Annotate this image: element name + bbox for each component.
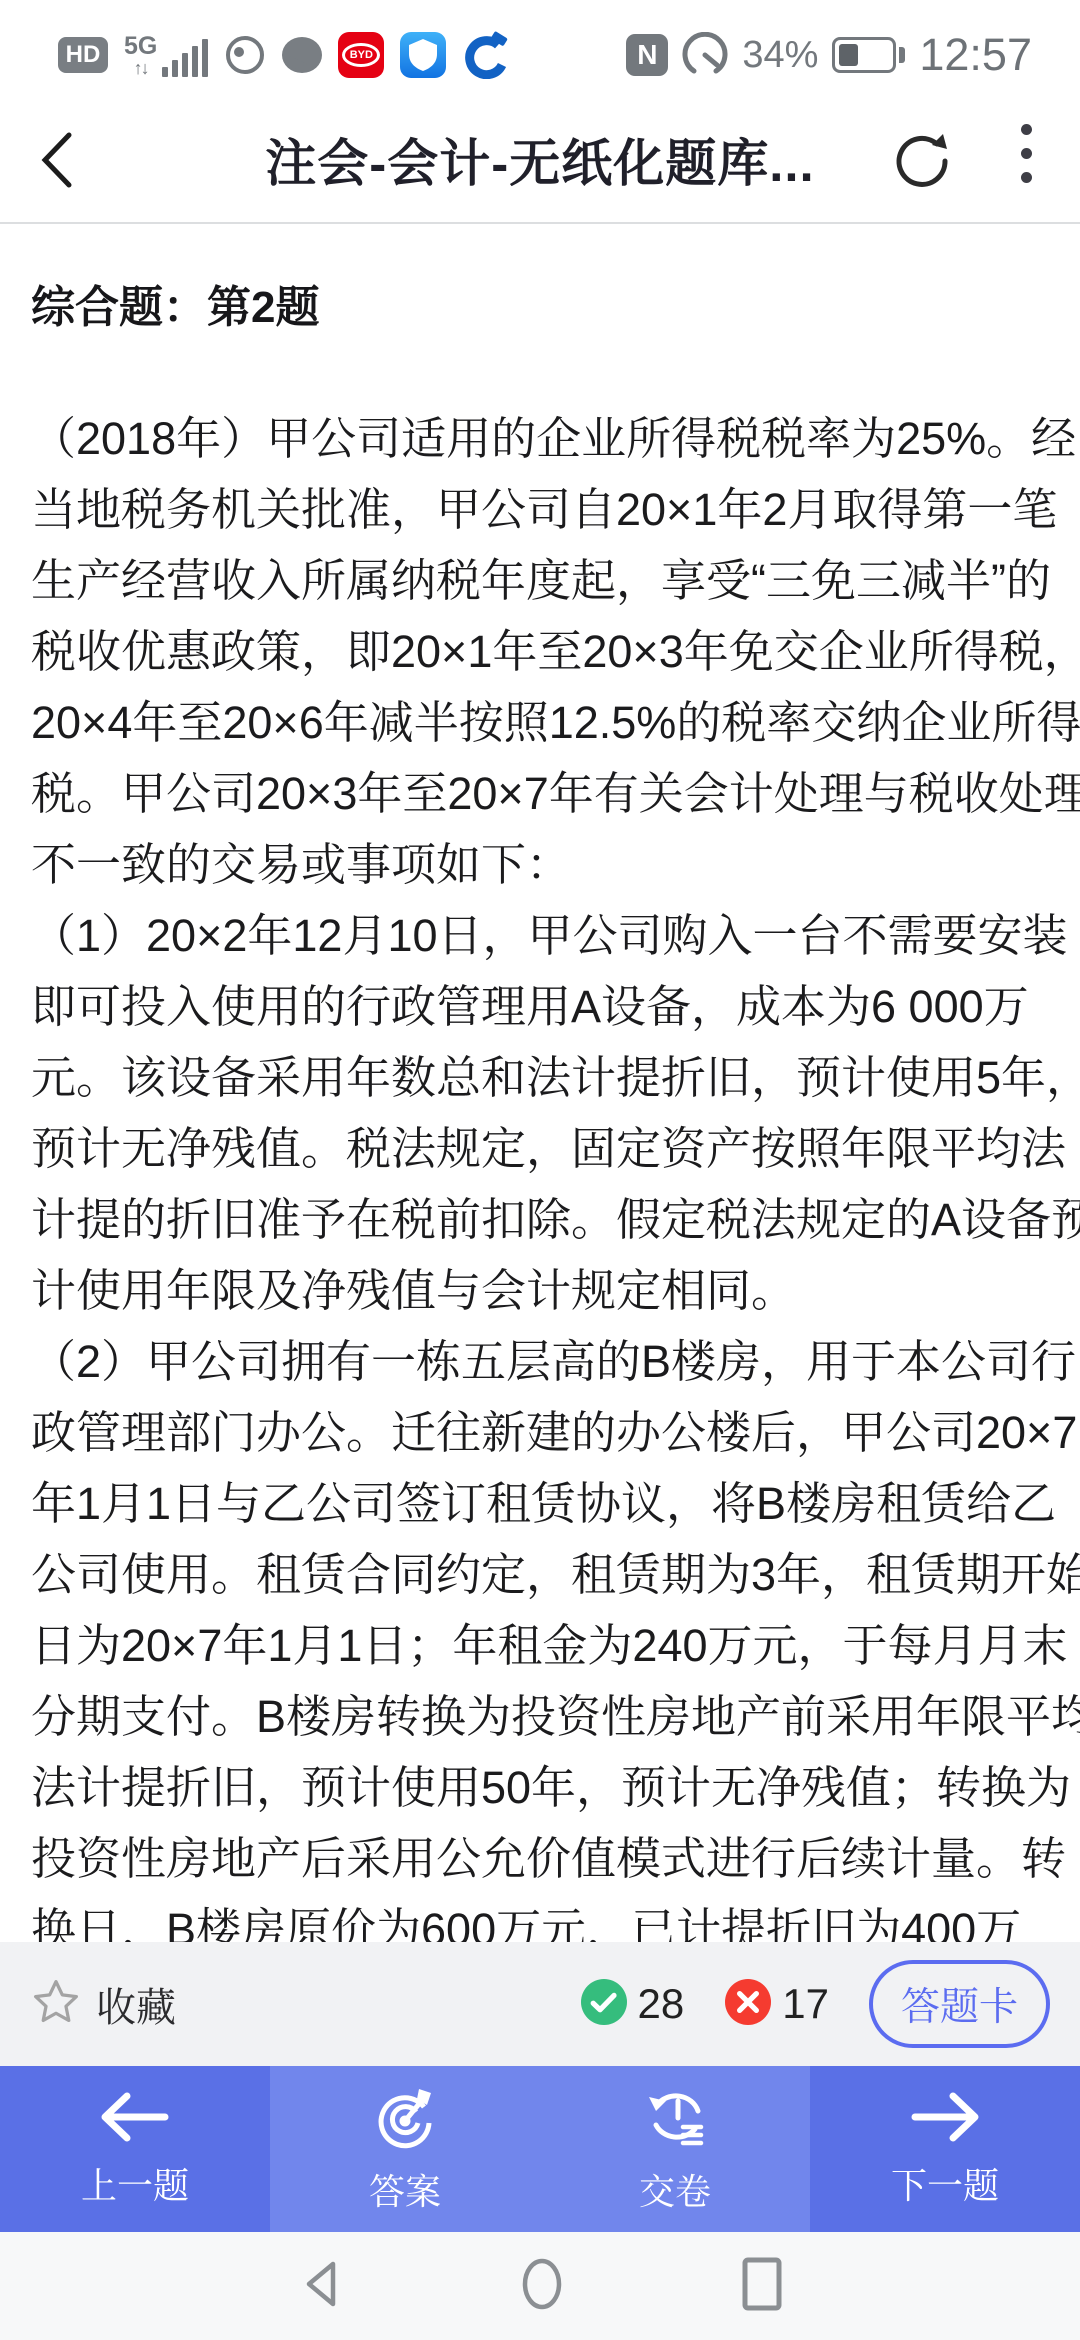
battery-icon bbox=[832, 37, 905, 73]
target-answer-icon bbox=[371, 2083, 439, 2156]
question-text-line: 法计提折旧，预计使用50年，预计无净残值；转换为 bbox=[31, 1752, 1049, 1823]
menu-button[interactable] bbox=[1021, 124, 1032, 183]
byd-app-icon: BYD bbox=[338, 32, 384, 78]
prev-question-label: 上一题 bbox=[81, 2158, 189, 2209]
answer-label: 答案 bbox=[369, 2164, 441, 2215]
next-question-label: 下一题 bbox=[891, 2158, 999, 2209]
wrong-x-icon bbox=[724, 1978, 772, 2031]
app-header: 注会-会计-无纸化题库... bbox=[0, 96, 1080, 224]
status-bar: HD 5G ↑↓ BYD N bbox=[0, 0, 1080, 96]
arrow-right-icon bbox=[907, 2089, 983, 2150]
question-text-line: 当地税务机关批准，甲公司自20×1年2月取得第一笔 bbox=[31, 474, 1049, 545]
clock-label: 12:57 bbox=[919, 29, 1032, 81]
correct-count: 28 bbox=[638, 1980, 685, 2028]
question-text-line: 计提的折旧准予在税前扣除。假定税法规定的A设备预 bbox=[31, 1184, 1049, 1255]
question-text-line: 分期支付。B楼房转换为投资性房地产前采用年限平均 bbox=[31, 1681, 1049, 1752]
answer-card-button[interactable]: 答题卡 bbox=[869, 1960, 1050, 2048]
question-text-line: 投资性房地产后采用公允价值模式进行后续计量。转 bbox=[31, 1823, 1049, 1894]
question-text-line: 即可投入使用的行政管理用A设备，成本为6 000万 bbox=[31, 971, 1049, 1042]
submit-paper-button[interactable]: 交卷 bbox=[540, 2066, 810, 2232]
battery-percent-label: 34% bbox=[742, 34, 818, 77]
question-text-line: 税收优惠政策，即20×1年至20×3年免交企业所得税， bbox=[31, 616, 1049, 687]
nfc-icon: N bbox=[626, 34, 668, 76]
power-saving-icon bbox=[682, 32, 728, 78]
favorite-label: 收藏 bbox=[96, 1976, 176, 2033]
question-nav-bar: 上一题 答案 交卷 下一题 bbox=[0, 2066, 1080, 2232]
question-text-line: 生产经营收入所属纳税年度起，享受“三免三减半”的 bbox=[31, 545, 1049, 616]
prev-question-button[interactable]: 上一题 bbox=[0, 2066, 270, 2232]
question-text-line: 公司使用。租赁合同约定，租赁期为3年，租赁期开始 bbox=[31, 1539, 1049, 1610]
question-text-line: 不一致的交易或事项如下： bbox=[31, 829, 1049, 900]
submit-paper-label: 交卷 bbox=[639, 2164, 711, 2215]
message-notification-icon bbox=[282, 37, 322, 73]
refresh-button[interactable] bbox=[894, 132, 952, 195]
eye-comfort-icon bbox=[224, 34, 266, 76]
correct-check-icon bbox=[580, 1978, 628, 2031]
network-type-label: 5G bbox=[124, 34, 157, 59]
question-text-line: 税。甲公司20×3年至20×7年有关会计处理与税收处理 bbox=[31, 758, 1049, 829]
system-home-button[interactable] bbox=[519, 2256, 565, 2317]
system-recents-button[interactable] bbox=[741, 2256, 783, 2317]
security-shield-icon bbox=[400, 32, 446, 78]
score-toolbar: 收藏 28 17 答题卡 bbox=[0, 1942, 1080, 2066]
star-icon bbox=[30, 1976, 82, 2033]
question-text-line: （1）20×2年12月10日，甲公司购入一台不需要安装 bbox=[31, 900, 1049, 971]
system-back-button[interactable] bbox=[297, 2258, 343, 2315]
signal-bars-icon bbox=[162, 39, 208, 77]
arrow-left-icon bbox=[97, 2089, 173, 2150]
signal-strength-icon: 5G ↑↓ bbox=[124, 34, 208, 77]
next-question-button[interactable]: 下一题 bbox=[810, 2066, 1080, 2232]
favorite-button[interactable]: 收藏 bbox=[30, 1976, 176, 2033]
question-text-line: （2018年）甲公司适用的企业所得税税率为25%。经 bbox=[31, 403, 1049, 474]
question-content[interactable]: 综合题：第2题 （2018年）甲公司适用的企业所得税税率为25%。经当地税务机关… bbox=[0, 226, 1080, 1942]
wrong-counter: 17 bbox=[724, 1978, 829, 2031]
question-text-line: 政管理部门办公。迁往新建的办公楼后，甲公司20×7 bbox=[31, 1397, 1049, 1468]
submit-clock-icon bbox=[641, 2083, 709, 2156]
bank-app-icon bbox=[462, 31, 510, 79]
question-text-line: 计使用年限及净残值与会计规定相同。 bbox=[31, 1255, 1049, 1326]
question-text-line: 日为20×7年1月1日；年租金为240万元，于每月月末 bbox=[31, 1610, 1049, 1681]
question-text-line: 元。该设备采用年数总和法计提折旧，预计使用5年， bbox=[31, 1042, 1049, 1113]
system-nav-bar bbox=[0, 2232, 1080, 2340]
question-text: （2018年）甲公司适用的企业所得税税率为25%。经当地税务机关批准，甲公司自2… bbox=[31, 403, 1049, 1942]
hd-icon: HD bbox=[58, 37, 108, 73]
answer-button[interactable]: 答案 bbox=[270, 2066, 540, 2232]
question-section-title: 综合题：第2题 bbox=[31, 275, 1049, 341]
wrong-count: 17 bbox=[782, 1980, 829, 2028]
question-text-line: 换日，B楼房原价为600万元，已计提折旧为400万 bbox=[31, 1894, 1049, 1942]
question-text-line: （2）甲公司拥有一栋五层高的B楼房，用于本公司行 bbox=[31, 1326, 1049, 1397]
correct-counter: 28 bbox=[580, 1978, 685, 2031]
question-text-line: 预计无净残值。税法规定，固定资产按照年限平均法 bbox=[31, 1113, 1049, 1184]
data-activity-icon: ↑↓ bbox=[134, 59, 148, 77]
question-text-line: 20×4年至20×6年减半按照12.5%的税率交纳企业所得 bbox=[31, 687, 1049, 758]
question-text-line: 年1月1日与乙公司签订租赁协议，将B楼房租赁给乙 bbox=[31, 1468, 1049, 1539]
